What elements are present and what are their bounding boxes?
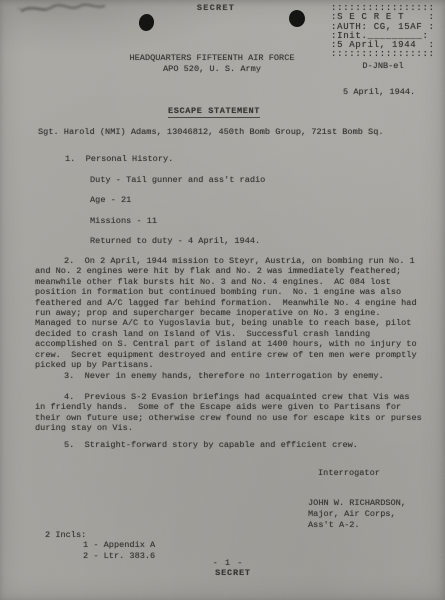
section-1-heading: 1. Personal History. xyxy=(65,154,265,164)
signature-block: JOHN W. RICHARDSON, Major, Air Corps, As… xyxy=(308,498,406,532)
paragraph-4: 4. Previous S-2 Evasion briefings had ac… xyxy=(35,392,422,434)
page-number: - 1 - xyxy=(0,558,445,568)
enclosures-heading: 2 Incls: xyxy=(45,530,155,540)
section-1-personal-history: 1. Personal History. Duty - Tail gunner … xyxy=(65,154,265,247)
letterhead-line1: HEADQUARTERS FIFTEENTH AIR FORCE xyxy=(0,53,424,64)
signer-title: Ass't A-2. xyxy=(308,520,406,531)
personal-history-item-missions: Missions - 11 xyxy=(90,216,265,226)
personal-history-item-age: Age - 21 xyxy=(90,195,265,205)
typed-content: SECRET ::::::::::::::::: :S E C R E T : … xyxy=(0,0,445,600)
personal-history-items: Duty - Tail gunner and ass't radio Age -… xyxy=(90,175,265,247)
paragraph-3: 3. Never in enemy hands, therefore no in… xyxy=(35,371,422,381)
signer-name: JOHN W. RICHARDSON, xyxy=(308,498,406,509)
document-title: ESCAPE STATEMENT xyxy=(168,106,260,118)
letterhead: HEADQUARTERS FIFTEENTH AIR FORCE APO 520… xyxy=(0,53,424,75)
subject-line: Sgt. Harold (NMI) Adams, 13046812, 450th… xyxy=(38,127,384,137)
enclosures-block: 2 Incls: 1 - Appendix A 2 - Ltr. 383.6 xyxy=(45,530,155,561)
enclosure-item-1: 1 - Appendix A xyxy=(83,540,155,550)
signer-rank: Major, Air Corps, xyxy=(308,509,406,520)
personal-history-item-duty: Duty - Tail gunner and ass't radio xyxy=(90,175,265,185)
paragraph-2: 2. On 2 April, 1944 mission to Steyr, Au… xyxy=(35,256,422,370)
personal-history-item-returned: Returned to duty - 4 April, 1944. xyxy=(90,236,265,246)
classification-stamp: ::::::::::::::::: :S E C R E T : :AUTH: … xyxy=(331,4,435,60)
interrogator-label: Interrogator xyxy=(318,468,380,478)
date-line: 5 April, 1944. xyxy=(343,87,415,97)
document-page: SECRET ::::::::::::::::: :S E C R E T : … xyxy=(0,0,445,600)
document-title-wrap: ESCAPE STATEMENT xyxy=(0,106,428,116)
classification-marking-bottom: SECRET xyxy=(0,568,445,578)
paragraph-5: 5. Straight-forward story by capable and… xyxy=(35,440,422,450)
letterhead-line2: APO 520, U. S. Army xyxy=(0,64,424,75)
